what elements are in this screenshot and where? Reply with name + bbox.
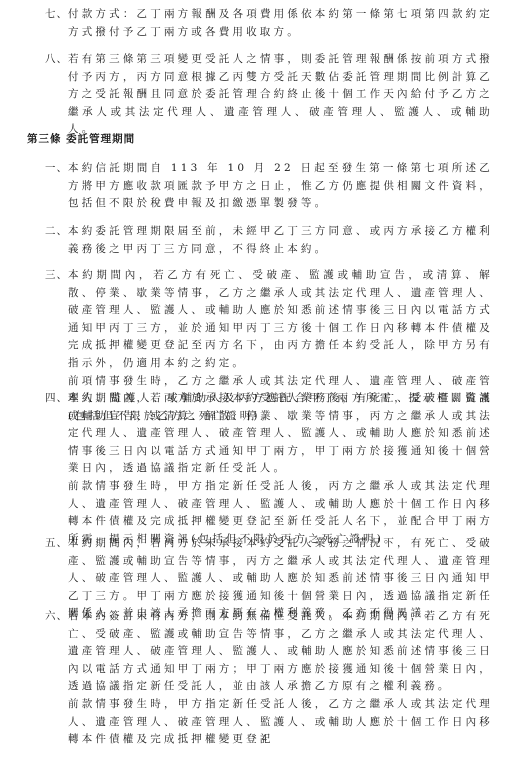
clause-item-2: 二、 本約委託管理期限屆至前，未經甲乙丁三方同意、或丙方承接乙方權利義務後之甲丙…: [45, 223, 493, 258]
clause-text: 付款方式：乙丁兩方報酬及各項費用係依本約第一條第七項第四款約定方式撥付予乙丁兩方…: [68, 6, 493, 41]
document-page: 七、 付款方式：乙丁兩方報酬及各項費用係依本約第一條第七項第四款約定方式撥付予乙…: [0, 0, 529, 761]
clause-text: 本約信託期間自 113 年 10 月 22 日起至發生第一條第七項所述乙方將甲方…: [68, 160, 493, 213]
clause-marker: 五、: [45, 535, 68, 553]
page-number: 4: [0, 733, 529, 743]
clause-item-1: 一、 本約信託期間自 113 年 10 月 22 日起至發生第一條第七項所述乙方…: [45, 160, 493, 213]
clause-marker: 二、: [45, 223, 68, 241]
clause-item-6: 六、 若本約簽訂未有丙方，則本約無備位受託人。本約期間內，若乙方有死亡、受破產、…: [45, 608, 493, 749]
clause-text: 本約期間內，若丙方於承接本約受託人業務後，有死亡、受破產、監護或輔助宣告，或清算…: [68, 390, 493, 478]
clause-marker: 八、: [45, 51, 68, 69]
clause-marker: 六、: [45, 608, 68, 626]
clause-item-4: 四、 本約期間內，若丙方於承接本約受託人業務後，有死亡、受破產、監護或輔助宣告，…: [45, 390, 493, 548]
clause-marker: 一、: [45, 160, 68, 178]
clause-item-7: 七、 付款方式：乙丁兩方報酬及各項費用係依本約第一條第七項第四款約定方式撥付予乙…: [45, 6, 493, 41]
clause-marker: 七、: [45, 6, 68, 24]
clause-text: 本約期間內，若乙方有死亡、受破產、監護或輔助宣告，或清算、解散、停業、歇業等情事…: [68, 267, 493, 373]
clause-text: 本約委託管理期限屆至前，未經甲乙丁三方同意、或丙方承接乙方權利義務後之甲丙丁三方…: [68, 223, 493, 258]
clause-marker: 四、: [45, 390, 68, 408]
clause-text: 若本約簽訂未有丙方，則本約無備位受託人。本約期間內，若乙方有死亡、受破產、監護或…: [68, 608, 493, 696]
clause-item-8: 八、 若有第三條第三項變更受託人之情事，則委託管理報酬係按前項方式撥付予丙方，丙…: [45, 51, 493, 139]
section-heading: 第三條 委託管理期間: [27, 131, 135, 146]
clause-text: 若有第三條第三項變更受託人之情事，則委託管理報酬係按前項方式撥付予丙方，丙方同意…: [68, 51, 493, 139]
clause-marker: 三、: [45, 267, 68, 285]
